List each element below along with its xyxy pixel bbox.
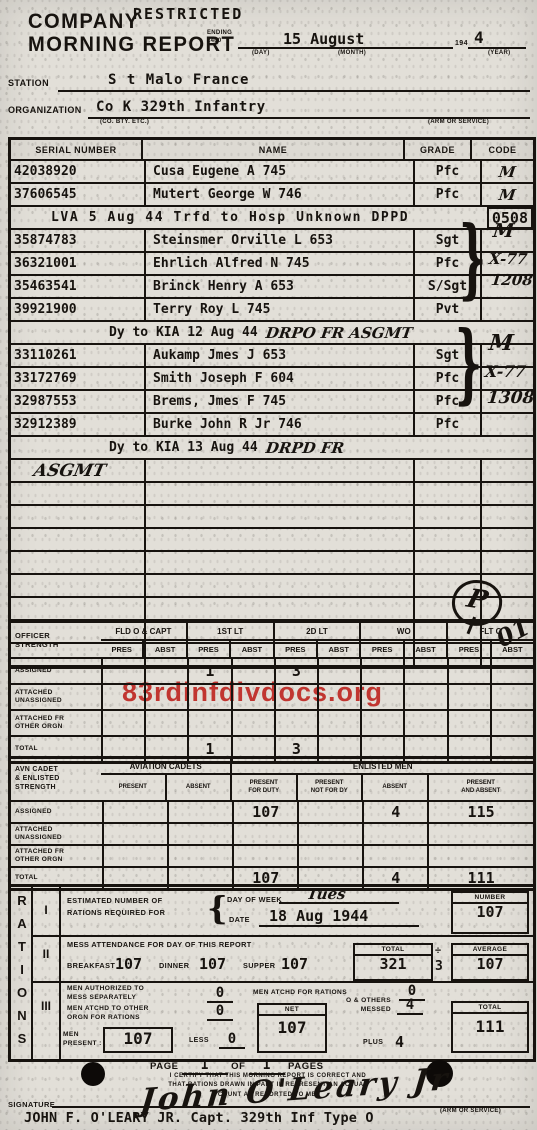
code-group2-x77: X-77 [484,362,527,381]
divider [31,981,533,983]
rations-total-value: 111 [453,1014,527,1040]
value-cell [447,711,490,735]
atchd-other-orgn-label: MEN ATCHD TO OTHER ORGN FOR RATIONS [67,1005,149,1023]
value-cell [297,824,362,844]
serial-cell [11,552,144,573]
officer-rows: ASSIGNED 1 3 ATTACHED UNASSIGNED [11,659,533,761]
name-cell: Terry Roy L 745 [144,299,413,320]
value-cell [102,802,167,822]
officer-strength-table: OFFICER STRENGTH FLD O & CAPT 1ST LT 2D … [8,620,536,764]
serial-cell: 35874783 [11,230,144,251]
section-i-numeral: I [33,903,59,917]
col-serial-number: SERIAL NUMBER [11,140,141,159]
station-value: S t Malo France [108,72,249,88]
row-label: ASSIGNED [11,802,102,822]
station-label: STATION [8,78,49,88]
value-cell [144,685,187,709]
others-messed-value: 4 [397,997,423,1015]
row-label: ATTACHED UNASSIGNED [11,824,102,844]
serial-cell: 37606545 [11,184,144,205]
plus-value: 4 [395,1033,404,1051]
code-group1-m: M [492,220,515,242]
code-brace-2: } [455,321,482,407]
grade-cell [413,529,480,550]
value-cell [403,685,446,709]
average-box: AVERAGE 107 [451,943,529,981]
sub-absent: ABSENT [165,775,231,800]
grade-cell [413,552,480,573]
circled-mark-letter: P [463,584,491,616]
sub-abst: ABST [316,641,359,657]
sub-abst: ABST [229,641,272,657]
restricted-stamp: RESTRICTED [133,5,243,23]
code-cell: M [480,161,533,182]
code-group1-x77: X-77 [488,250,528,268]
table-row: LVA 5 Aug 44 Trfd to Hosp Unknown DPPD 0… [11,207,533,230]
atchd-other-orgn-value: 0 [207,1003,233,1021]
value-cell [362,846,427,866]
name-cell [144,552,413,573]
sub-pres: PRES [359,641,402,657]
sub-present-for-duty: PRESENT FOR DUTY [230,775,296,800]
code-cell [480,529,533,550]
value-cell [101,659,144,683]
men-present-box: 107 [103,1027,173,1053]
value-cell [232,824,297,844]
signed-name-typed: JOHN F. O'LEARY JR. Capt. 329th Inf Type… [24,1110,374,1126]
divider [59,887,61,1059]
value-cell [101,685,144,709]
value-cell [362,824,427,844]
rations-letter: T [14,939,30,954]
total-value: 321 [355,956,431,973]
table-row: 36321001 Ehrlich Alfred N 745 Pfc [11,253,533,276]
others-messed-label: O & OTHERS MESSED [341,997,391,1015]
value-cell [490,685,533,709]
date-label: DATE [229,915,250,924]
value-cell: 3 [274,659,317,683]
code-cell [480,299,533,320]
value-cell [144,711,187,735]
name-cell: Ehrlich Alfred N 745 [144,253,413,274]
value-cell [427,824,533,844]
sub-abst: ABST [142,641,185,657]
hole-punch-left [81,1062,105,1086]
group-2d-lt: 2D LT [273,623,360,639]
name-cell: Brems, Jmes F 745 [144,391,413,412]
code-cell [480,506,533,527]
name-cell [144,483,413,504]
officer-strength-row: ATTACHED FR OTHER ORGN [11,711,533,737]
net-box: NET 107 [257,1003,327,1053]
average-value: 107 [453,956,527,973]
grade-cell [413,460,480,481]
sub-absent-em: ABSENT [361,775,427,800]
value-cell [102,824,167,844]
rations-total-label: TOTAL [453,1003,527,1014]
sub-abst: ABST [403,641,446,657]
name-cell: Aukamp Jmes J 653 [144,345,413,366]
serial-cell: 42038920 [11,161,144,182]
group-wo: WO [359,623,446,639]
rations-letter: N [14,1008,30,1023]
org-arm-label: (ARM OR SERVICE) [428,119,489,125]
value-cell: 4 [362,802,427,822]
mess-attendance-label: MESS ATTENDANCE FOR DAY OF THIS REPORT [67,940,252,949]
table-row [11,552,533,575]
serial-cell: 39921900 [11,299,144,320]
plus-label: PLUS [363,1039,383,1046]
value-cell [403,659,446,683]
rations-letter: S [14,1031,30,1046]
table-row: 37606545 Mutert George W 746 Pfc M [11,184,533,207]
men-present-label: MEN PRESENT : [63,1031,102,1048]
morning-report-document: COMPANY MORNING REPORT RESTRICTED ENDING… [0,0,537,1130]
table-row: 42038920 Cusa Eugene A 745 Pfc M [11,161,533,184]
day-label: (DAY) [252,50,270,56]
table-row: 32912389 Burke John R Jr 746 Pfc [11,414,533,437]
day-of-week-label: DAY OF WEEK [227,895,282,904]
value-cell [360,659,403,683]
serial-cell: 32987553 [11,391,144,412]
enlisted-strength-row: ASSIGNED 107 4 115 [11,802,533,824]
net-value: 107 [259,1016,325,1040]
form-title-company: COMPANY [28,10,140,34]
total-attendance-box: TOTAL 321 [353,943,433,981]
value-cell [447,659,490,683]
divide-by: 3 [435,959,443,974]
grade-cell: Pfc [413,414,480,435]
name-cell: Smith Joseph F 604 [144,368,413,389]
value-cell [490,659,533,683]
value-cell [231,711,274,735]
code-cell [480,460,533,481]
name-cell: Steinsmer Orville L 653 [144,230,413,251]
code-brace-1: } [459,216,486,302]
row-label: ATTACHED FR OTHER ORGN [11,711,101,735]
name-cell: Dy to KIA 13 Aug 44DRPD FR [11,437,533,458]
year-label: (YEAR) [488,50,510,56]
divider [31,935,533,937]
rations-required-label: ESTIMATED NUMBER OF RATIONS REQUIRED FOR [67,895,165,918]
net-label: NET [259,1005,325,1016]
name-cell [144,529,413,550]
name-cell [144,598,413,619]
serial-cell: 35463541 [11,276,144,297]
serial-cell [11,483,144,504]
enlisted-rows: ASSIGNED 107 4 115 ATTACHED UNASSIGNED [11,802,533,888]
row-label: ATTACHED UNASSIGNED [11,685,101,709]
rations-letter: A [14,916,30,931]
code-cell: M [480,184,533,205]
value-cell [427,846,533,866]
col-grade: GRADE [403,140,470,159]
table-row: ASGMT [11,460,533,483]
officer-strength-title: OFFICER STRENGTH [11,623,101,657]
serial-cell [11,598,144,619]
organization-value: Co K 329th Infantry [96,99,266,115]
table-row [11,529,533,552]
rations-total-box: TOTAL 111 [451,1001,529,1053]
men-present-value: 107 [124,1029,153,1048]
of-label: OF [231,1061,245,1072]
officer-strength-row: ATTACHED UNASSIGNED [11,685,533,711]
enlisted-strength-table: AVN CADET & ENLISTED STRENGTH AVIATION C… [8,756,536,891]
sub-present-and-absent: PRESENT AND ABSENT [427,775,534,800]
value-cell [447,685,490,709]
code-cell [480,414,533,435]
value-cell [231,659,274,683]
name-cell: Burke John R Jr 746 [144,414,413,435]
group-fld-o-capt: FLD O & CAPT [101,623,186,639]
name-cell: Brinck Henry A 653 [144,276,413,297]
sub-present-not-for-dy: PRESENT NOT FOR DY [296,775,362,800]
col-name: NAME [141,140,403,159]
number-box: NUMBER 107 [451,891,529,934]
value-cell: 1 [187,659,230,683]
group-1st-lt: 1ST LT [186,623,273,639]
ending-2400-label: ENDING 2400 [207,29,232,46]
value-cell [144,659,187,683]
enlisted-strength-title: AVN CADET & ENLISTED STRENGTH [11,759,101,800]
date-value: 18 Aug 1944 [269,907,368,925]
signature-label: SIGNATURE [8,1100,55,1109]
col-code: CODE [470,140,533,159]
name-cell: LVA 5 Aug 44 Trfd to Hosp Unknown DPPD [11,207,487,228]
grade-cell [413,483,480,504]
report-date: 15 August [283,30,364,48]
value-cell [274,711,317,735]
breakfast-value: 107 [115,955,142,973]
value-cell [187,711,230,735]
row-label: ATTACHED FR OTHER ORGN [11,846,102,866]
grade-cell: Pfc [413,184,480,205]
value-cell [360,711,403,735]
value-cell [403,711,446,735]
dinner-label: DINNER [159,961,189,970]
month-label: (MONTH) [338,50,366,56]
org-sub-label: (CO. BTY. ETC.) [100,119,149,125]
sub-present: PRESENT [101,775,165,800]
arm-or-service-label: (ARM OR SERVICE) [440,1108,501,1114]
mess-separately-label: MEN AUTHORIZED TO MESS SEPARATELY [67,985,144,1003]
sub-pres: PRES [446,641,489,657]
name-cell: Mutert George W 746 [144,184,413,205]
section-ii-numeral: II [33,947,59,961]
serial-cell [11,506,144,527]
officer-strength-row: ASSIGNED 1 3 [11,659,533,685]
row-label: ASSIGNED [11,659,101,683]
value-cell [297,846,362,866]
rations-section: RATIONS I ESTIMATED NUMBER OF RATIONS RE… [8,884,536,1062]
less-value: 0 [219,1031,245,1049]
value-cell: 107 [232,802,297,822]
table-row: 35463541 Brinck Henry A 653 S/Sgt [11,276,533,299]
year-prefix: 194 [455,40,468,47]
value-cell [317,659,360,683]
serial-cell [11,575,144,596]
dinner-value: 107 [199,955,226,973]
table-row [11,506,533,529]
sub-pres: PRES [186,641,229,657]
value-cell [231,685,274,709]
value-cell [101,711,144,735]
form-title-morning-report: MORNING REPORT [28,33,235,57]
group-enlisted-men: ENLISTED MEN [230,759,533,773]
name-cell [144,506,413,527]
code-group1-1208: 1208 [490,271,534,289]
report-year: 4 [474,28,484,47]
breakfast-label: BREAKFAST [67,961,115,970]
atchd-for-rations-label: MEN ATCHD FOR RATIONS [253,989,347,996]
value-cell [490,711,533,735]
enlisted-strength-row: ATTACHED UNASSIGNED [11,824,533,846]
value-cell [274,685,317,709]
value-cell [102,846,167,866]
grade-cell [413,506,480,527]
rations-letter: R [14,893,30,908]
day-of-week-value: Tues [306,885,347,903]
sub-pres: PRES [273,641,316,657]
brace: { [207,889,228,927]
supper-value: 107 [281,955,308,973]
value-cell [297,802,362,822]
signature-line [52,1088,530,1108]
organization-label: ORGANIZATION [8,105,82,115]
serial-cell: 32912389 [11,414,144,435]
value-cell [232,846,297,866]
less-label: LESS [189,1037,209,1044]
rations-letter: I [14,962,30,977]
divide-sign: ÷ [435,945,441,957]
grade-cell: Pfc [413,161,480,182]
value-cell [167,824,232,844]
serial-cell: ASGMT [11,460,144,481]
value-cell [187,685,230,709]
page-label: PAGE [150,1061,179,1072]
serial-cell: 33172769 [11,368,144,389]
serial-cell [11,529,144,550]
value-cell [317,711,360,735]
rations-letter: O [14,985,30,1000]
handwritten-note: DRPO FR ASGMT [264,324,413,342]
table-row [11,483,533,506]
code-group2-m: M [488,330,515,356]
code-cell [480,552,533,573]
value-cell: 115 [427,802,533,822]
enlisted-strength-row: ATTACHED FR OTHER ORGN [11,846,533,868]
supper-label: SUPPER [243,961,275,970]
handwritten-note: DRPD FR [264,439,345,457]
value-cell [167,802,232,822]
value-cell [167,846,232,866]
name-cell [144,460,413,481]
code-group2-1308: 1308 [486,388,535,408]
number-value: 107 [453,904,527,921]
name-cell [144,575,413,596]
serial-cell: 36321001 [11,253,144,274]
value-cell [360,685,403,709]
table-row: 35874783 Steinsmer Orville L 653 Sgt [11,230,533,253]
section-iii-numeral: III [33,999,59,1013]
table-row: Dy to KIA 13 Aug 44DRPD FR [11,437,533,460]
value-cell [317,685,360,709]
name-cell: Cusa Eugene A 745 [144,161,413,182]
mess-separately-value: 0 [207,985,233,1003]
serial-cell: 33110261 [11,345,144,366]
group-aviation-cadets: AVIATION CADETS [101,759,230,773]
roster-header-row: SERIAL NUMBER NAME GRADE CODE [11,140,533,161]
sub-pres: PRES [101,641,142,657]
code-cell [480,483,533,504]
